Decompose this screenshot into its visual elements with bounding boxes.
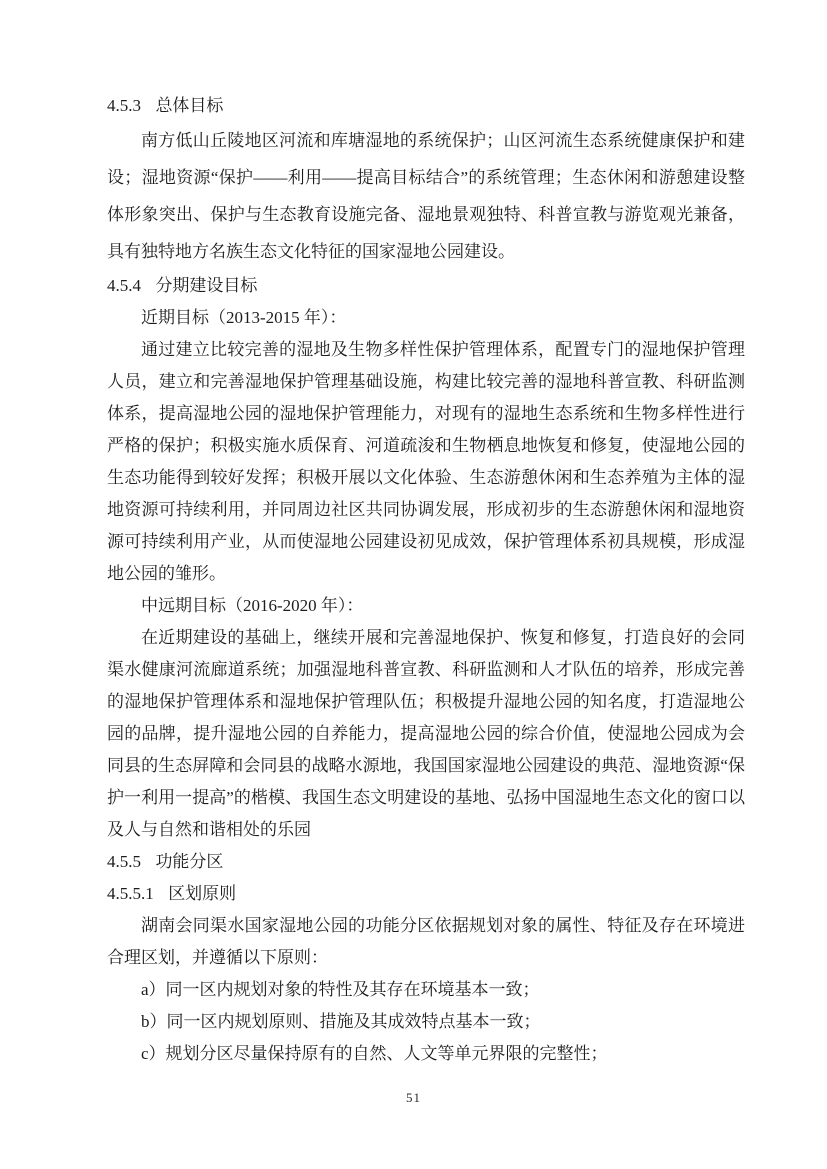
lead-near-term-goal: 近期目标（2013-2015 年）：	[107, 302, 745, 334]
section-number: 4.5.4	[107, 276, 141, 295]
page-number: 51	[0, 1090, 827, 1106]
section-title: 分期建设目标	[155, 276, 257, 295]
paragraph-overall-goals: 南方低山丘陵地区河流和库塘湿地的系统保护；山区河流生态系统健康保护和建设；湿地资…	[107, 122, 745, 270]
section-number: 4.5.5.1	[107, 884, 154, 903]
section-title: 区划原则	[168, 884, 236, 903]
section-heading-4-5-3: 4.5.3总体目标	[107, 90, 745, 122]
document-content: 4.5.3总体目标 南方低山丘陵地区河流和库塘湿地的系统保护；山区河流生态系统健…	[107, 90, 745, 1070]
section-number: 4.5.3	[107, 96, 141, 115]
lead-mid-long-term-goal: 中远期目标（2016-2020 年）：	[107, 590, 745, 622]
paragraph-near-term-goal: 通过建立比较完善的湿地及生物多样性保护管理体系，配置专门的湿地保护管理人员，建立…	[107, 334, 745, 590]
list-item-b: b）同一区内规划原则、措施及其成效特点基本一致；	[107, 1006, 745, 1038]
list-item-a: a）同一区内规划对象的特性及其存在环境基本一致；	[107, 974, 745, 1006]
document-page: 4.5.3总体目标 南方低山丘陵地区河流和库塘湿地的系统保护；山区河流生态系统健…	[0, 0, 827, 1169]
section-number: 4.5.5	[107, 852, 141, 871]
list-item-c: c）规划分区尽量保持原有的自然、人文等单元界限的完整性；	[107, 1038, 745, 1070]
section-heading-4-5-4: 4.5.4分期建设目标	[107, 270, 745, 302]
paragraph-mid-long-term-goal: 在近期建设的基础上，继续开展和完善湿地保护、恢复和修复，打造良好的会同渠水健康河…	[107, 622, 745, 846]
paragraph-zoning-basis: 湖南会同渠水国家湿地公园的功能分区依据规划对象的属性、特征及存在环境进合理区划，…	[107, 910, 745, 974]
section-heading-4-5-5-1: 4.5.5.1区划原则	[107, 878, 745, 910]
section-title: 总体目标	[155, 96, 223, 115]
section-heading-4-5-5: 4.5.5功能分区	[107, 846, 745, 878]
section-title: 功能分区	[155, 852, 223, 871]
